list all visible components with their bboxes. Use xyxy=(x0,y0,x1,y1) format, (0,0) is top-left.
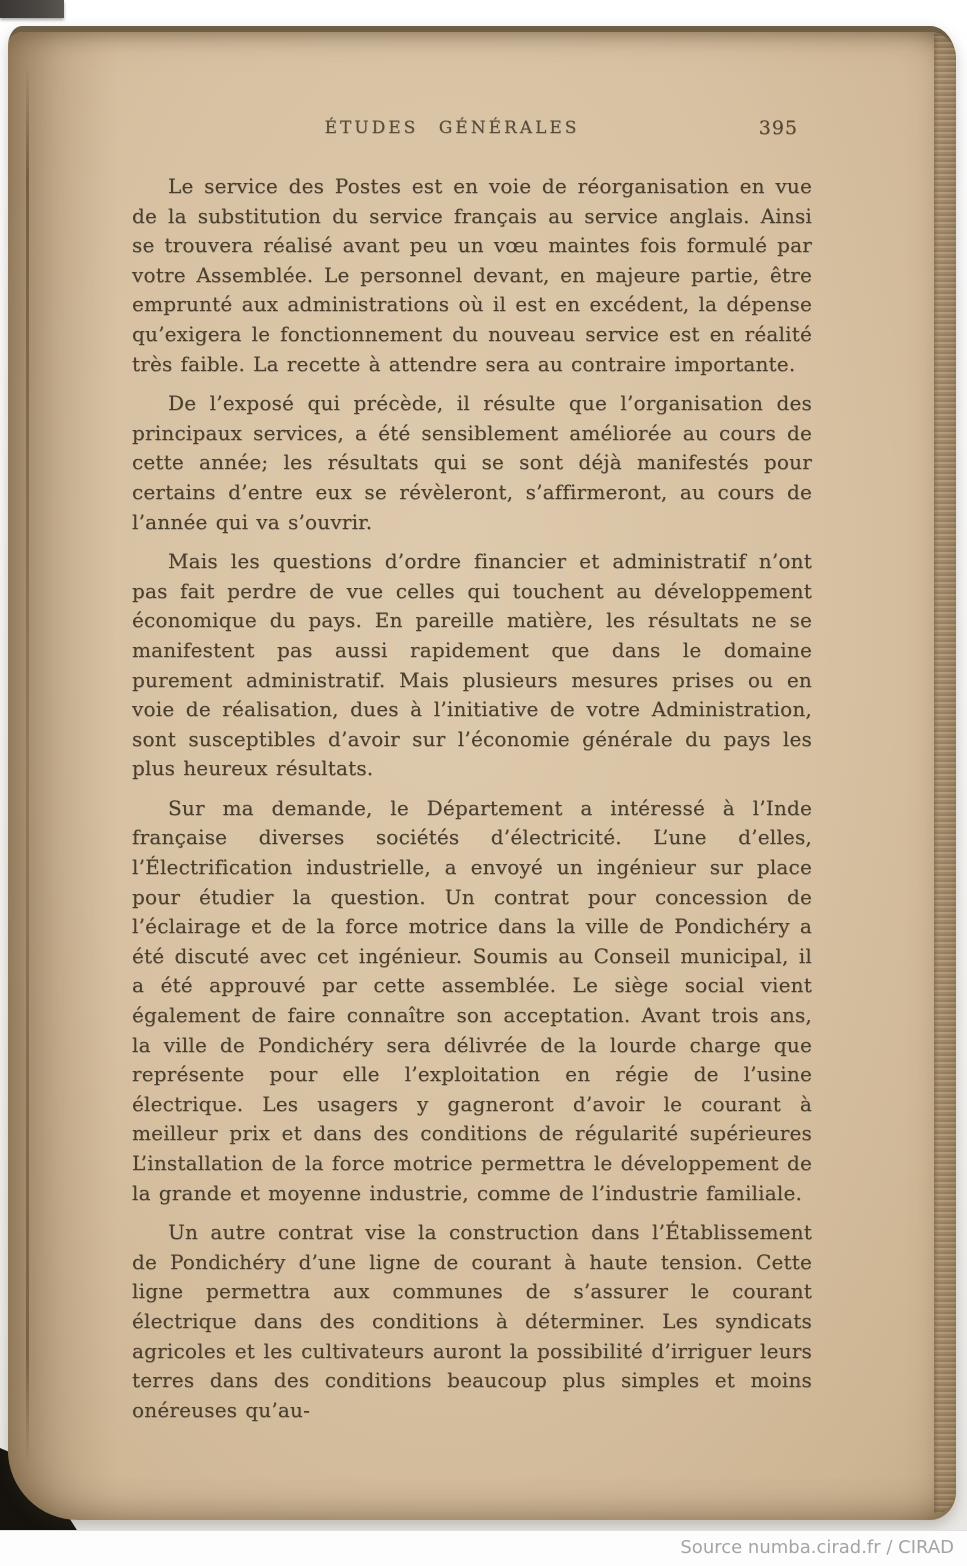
book-cover-corner-top xyxy=(0,0,64,18)
paragraph-2: De l’exposé qui précède, il résulte que … xyxy=(132,389,812,537)
paragraph-3: Mais les questions d’ordre financier et … xyxy=(132,547,812,784)
paragraph-5: Un autre contrat vise la construction da… xyxy=(132,1218,812,1425)
page-content: ÉTUDES GÉNÉRALES 395 Le service des Post… xyxy=(132,118,812,1435)
page-number: 395 xyxy=(759,117,798,139)
book-page: ÉTUDES GÉNÉRALES 395 Le service des Post… xyxy=(8,26,956,1520)
page-gutter-shadow xyxy=(8,32,118,1520)
watermark-bar: Source numba.cirad.fr / CIRAD xyxy=(0,1530,967,1566)
page-header: ÉTUDES GÉNÉRALES 395 xyxy=(132,118,812,144)
watermark-text: Source numba.cirad.fr / CIRAD xyxy=(680,1531,954,1565)
paragraph-4: Sur ma demande, le Département a intéres… xyxy=(132,794,812,1208)
page-fore-edge xyxy=(934,34,956,1514)
scanned-book-page: ÉTUDES GÉNÉRALES 395 Le service des Post… xyxy=(0,0,967,1566)
page-crease-line xyxy=(26,66,29,1466)
running-title: ÉTUDES GÉNÉRALES xyxy=(132,118,772,138)
paragraph-1: Le service des Postes est en voie de réo… xyxy=(132,172,812,379)
